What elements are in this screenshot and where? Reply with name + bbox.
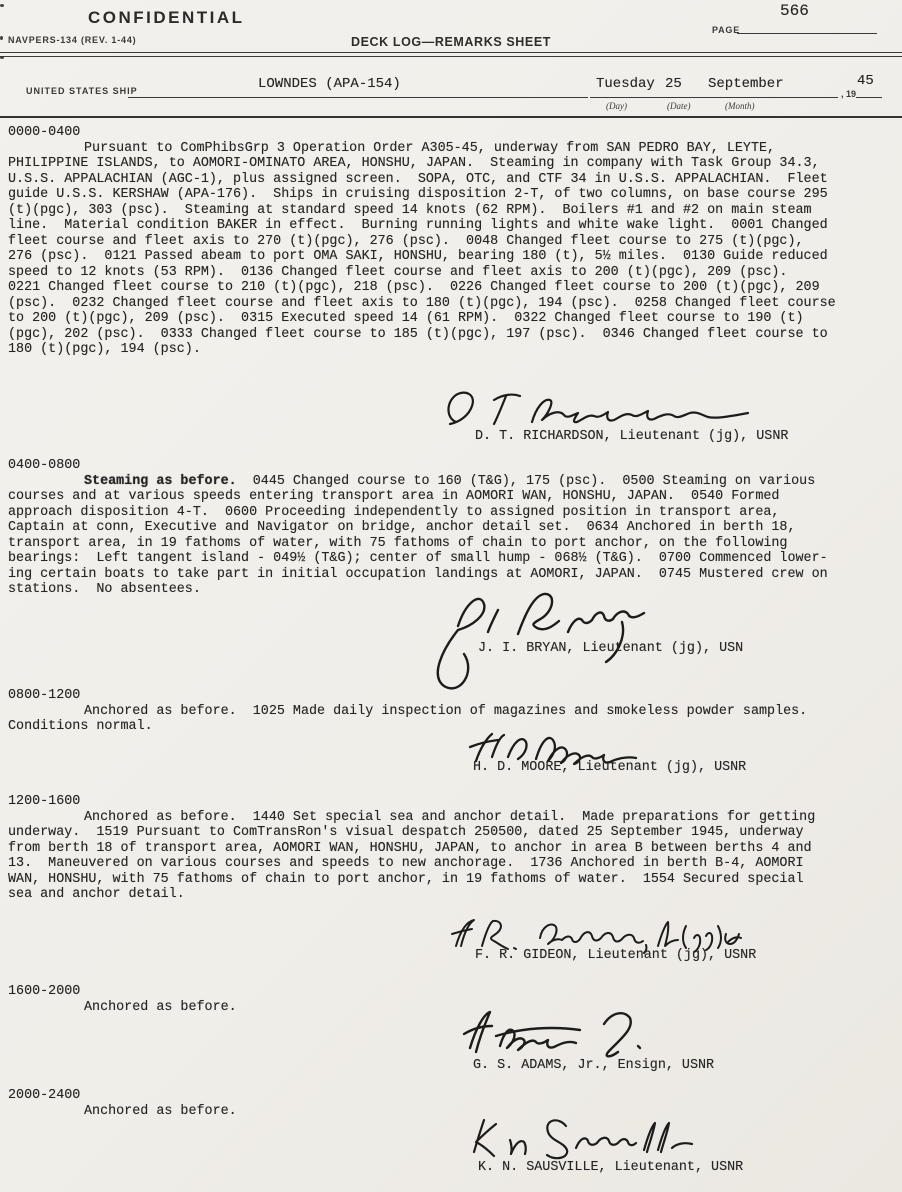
log-paragraph: Anchored as before. 1025 Made daily insp… xyxy=(8,704,848,735)
log-line: Anchored as before. xyxy=(8,1000,848,1016)
scan-speck xyxy=(0,4,4,7)
log-line: (pgc), 202 (psc). 0333 Changed fleet cou… xyxy=(8,327,848,343)
signature-typed-adams: G. S. ADAMS, Jr., Ensign, USNR xyxy=(473,1058,714,1074)
watch-heading: 1600-2000 xyxy=(8,984,848,1000)
log-line: PHILIPPINE ISLANDS, to AOMORI-OMINATO AR… xyxy=(8,156,848,172)
page-label: PAGE xyxy=(712,25,740,35)
log-line: 13. Maneuvered on various courses and sp… xyxy=(8,856,848,872)
page-number-line xyxy=(737,33,877,34)
signature-typed-gideon: F. R. GIDEON, Lieutenant (jg), USNR xyxy=(475,948,756,964)
bold-lead-phrase: Steaming as before. xyxy=(84,474,237,489)
watch-heading: 0000-0400 xyxy=(8,125,848,141)
log-line: Steaming as before. 0445 Changed course … xyxy=(8,474,848,490)
log-line: U.S.S. APPALACHIAN (AGC-1), plus assigne… xyxy=(8,172,848,188)
ship-name: LOWNDES (APA-154) xyxy=(258,77,401,93)
log-line: 180 (t)(pgc), 194 (psc). xyxy=(8,342,848,358)
log-line: Pursuant to ComPhibsGrp 3 Operation Orde… xyxy=(8,141,848,157)
log-paragraph: Anchored as before. xyxy=(8,1000,848,1016)
log-line: from berth 18 of transport area, AOMORI … xyxy=(8,841,848,857)
log-line: to 200 (t)(pgc), 209 (psc). 0315 Execute… xyxy=(8,311,848,327)
signature-typed-moore: H. D. MOORE, Lieutenant (jg), USNR xyxy=(473,760,746,776)
signature-typed-richardson: D. T. RICHARDSON, Lieutenant (jg), USNR xyxy=(475,429,788,445)
log-line: sea and anchor detail. xyxy=(8,887,848,903)
log-line: 0221 Changed fleet course to 210 (t)(pgc… xyxy=(8,280,848,296)
log-line: fleet course and fleet axis to 270 (t)(p… xyxy=(8,234,848,250)
log-date: 25 xyxy=(665,77,682,93)
signature-typed-bryan: J. I. BRYAN, Lieutenant (jg), USN xyxy=(478,641,743,657)
signature-adams-script xyxy=(452,1002,677,1062)
log-line: Anchored as before. 1440 Set special sea… xyxy=(8,810,848,826)
date-line xyxy=(590,97,838,98)
log-line: courses and at various speeds entering t… xyxy=(8,489,848,505)
log-line: ing certain boats to take part in initia… xyxy=(8,567,848,583)
log-line: speed to 12 knots (53 RPM). 0136 Changed… xyxy=(8,265,848,281)
log-line: bearings: Left tangent island - 049½ (T&… xyxy=(8,551,848,567)
month-label: (Month) xyxy=(725,101,755,111)
watch-section-0000-0400: 0000-0400 Pursuant to ComPhibsGrp 3 Oper… xyxy=(8,125,848,358)
date-label: (Date) xyxy=(667,101,691,111)
watch-section-2000-2400: 2000-2400 Anchored as before. xyxy=(8,1088,848,1119)
signature-typed-sausville: K. N. SAUSVILLE, Lieutenant, USNR xyxy=(478,1160,743,1176)
log-line: 276 (psc). 0121 Passed abeam to port OMA… xyxy=(8,249,848,265)
log-line: Captain at conn, Executive and Navigator… xyxy=(8,520,848,536)
log-line: Conditions normal. xyxy=(8,719,848,735)
log-paragraph: Anchored as before. 1440 Set special sea… xyxy=(8,810,848,903)
log-paragraph: courses and at various speeds entering t… xyxy=(8,489,848,598)
log-line: (psc). 0232 Changed fleet course and fle… xyxy=(8,296,848,312)
log-line: Anchored as before. xyxy=(8,1104,848,1120)
log-line: approach disposition 4-T. 0600 Proceedin… xyxy=(8,505,848,521)
page-number: 566 xyxy=(780,4,809,20)
log-line: transport area, in 19 fathoms of water, … xyxy=(8,536,848,552)
log-month: September xyxy=(708,77,784,93)
year-prefix: , 19 xyxy=(841,89,856,99)
log-line: line. Material condition BAKER in effect… xyxy=(8,218,848,234)
year-line xyxy=(856,97,882,98)
log-paragraph: Pursuant to ComPhibsGrp 3 Operation Orde… xyxy=(8,141,848,358)
watch-heading: 0800-1200 xyxy=(8,688,848,704)
log-paragraph: Anchored as before. xyxy=(8,1104,848,1120)
ship-name-line xyxy=(128,97,588,98)
form-title: DECK LOG—REMARKS SHEET xyxy=(0,35,902,49)
log-line: underway. 1519 Pursuant to ComTransRon's… xyxy=(8,825,848,841)
watch-heading: 1200-1600 xyxy=(8,794,848,810)
watch-section-0400-0800: 0400-0800 Steaming as before. 0445 Chang… xyxy=(8,458,848,598)
signature-richardson-script xyxy=(440,386,770,432)
header-double-rule-top xyxy=(0,52,902,53)
lead-rest: 0445 Changed course to 160 (T&G), 175 (p… xyxy=(237,474,816,489)
ship-label: UNITED STATES SHIP xyxy=(26,86,138,96)
log-line: Anchored as before. 1025 Made daily insp… xyxy=(8,704,848,720)
watch-heading: 0400-0800 xyxy=(8,458,848,474)
watch-section-1600-2000: 1600-2000 Anchored as before. xyxy=(8,984,848,1015)
watch-heading: 2000-2400 xyxy=(8,1088,848,1104)
log-line: WAN, HONSHU, with 75 fathoms of chain to… xyxy=(8,872,848,888)
log-line: (t)(pgc), 303 (psc). Steaming at standar… xyxy=(8,203,848,219)
day-label: (Day) xyxy=(606,101,627,111)
header-double-rule-bottom xyxy=(0,56,902,57)
log-line: guide U.S.S. KERSHAW (APA-176). Ships in… xyxy=(8,187,848,203)
log-day: Tuesday xyxy=(596,77,655,93)
watch-section-1200-1600: 1200-1600 Anchored as before. 1440 Set s… xyxy=(8,794,848,903)
classification-stamp: CONFIDENTIAL xyxy=(88,8,245,28)
deck-log-page: { "header": { "classification": "CONFIDE… xyxy=(0,0,902,1192)
signature-sausville-script xyxy=(458,1112,713,1162)
watch-section-0800-1200: 0800-1200 Anchored as before. 1025 Made … xyxy=(8,688,848,735)
header-heavy-rule xyxy=(0,116,902,118)
log-year: 45 xyxy=(857,74,874,90)
